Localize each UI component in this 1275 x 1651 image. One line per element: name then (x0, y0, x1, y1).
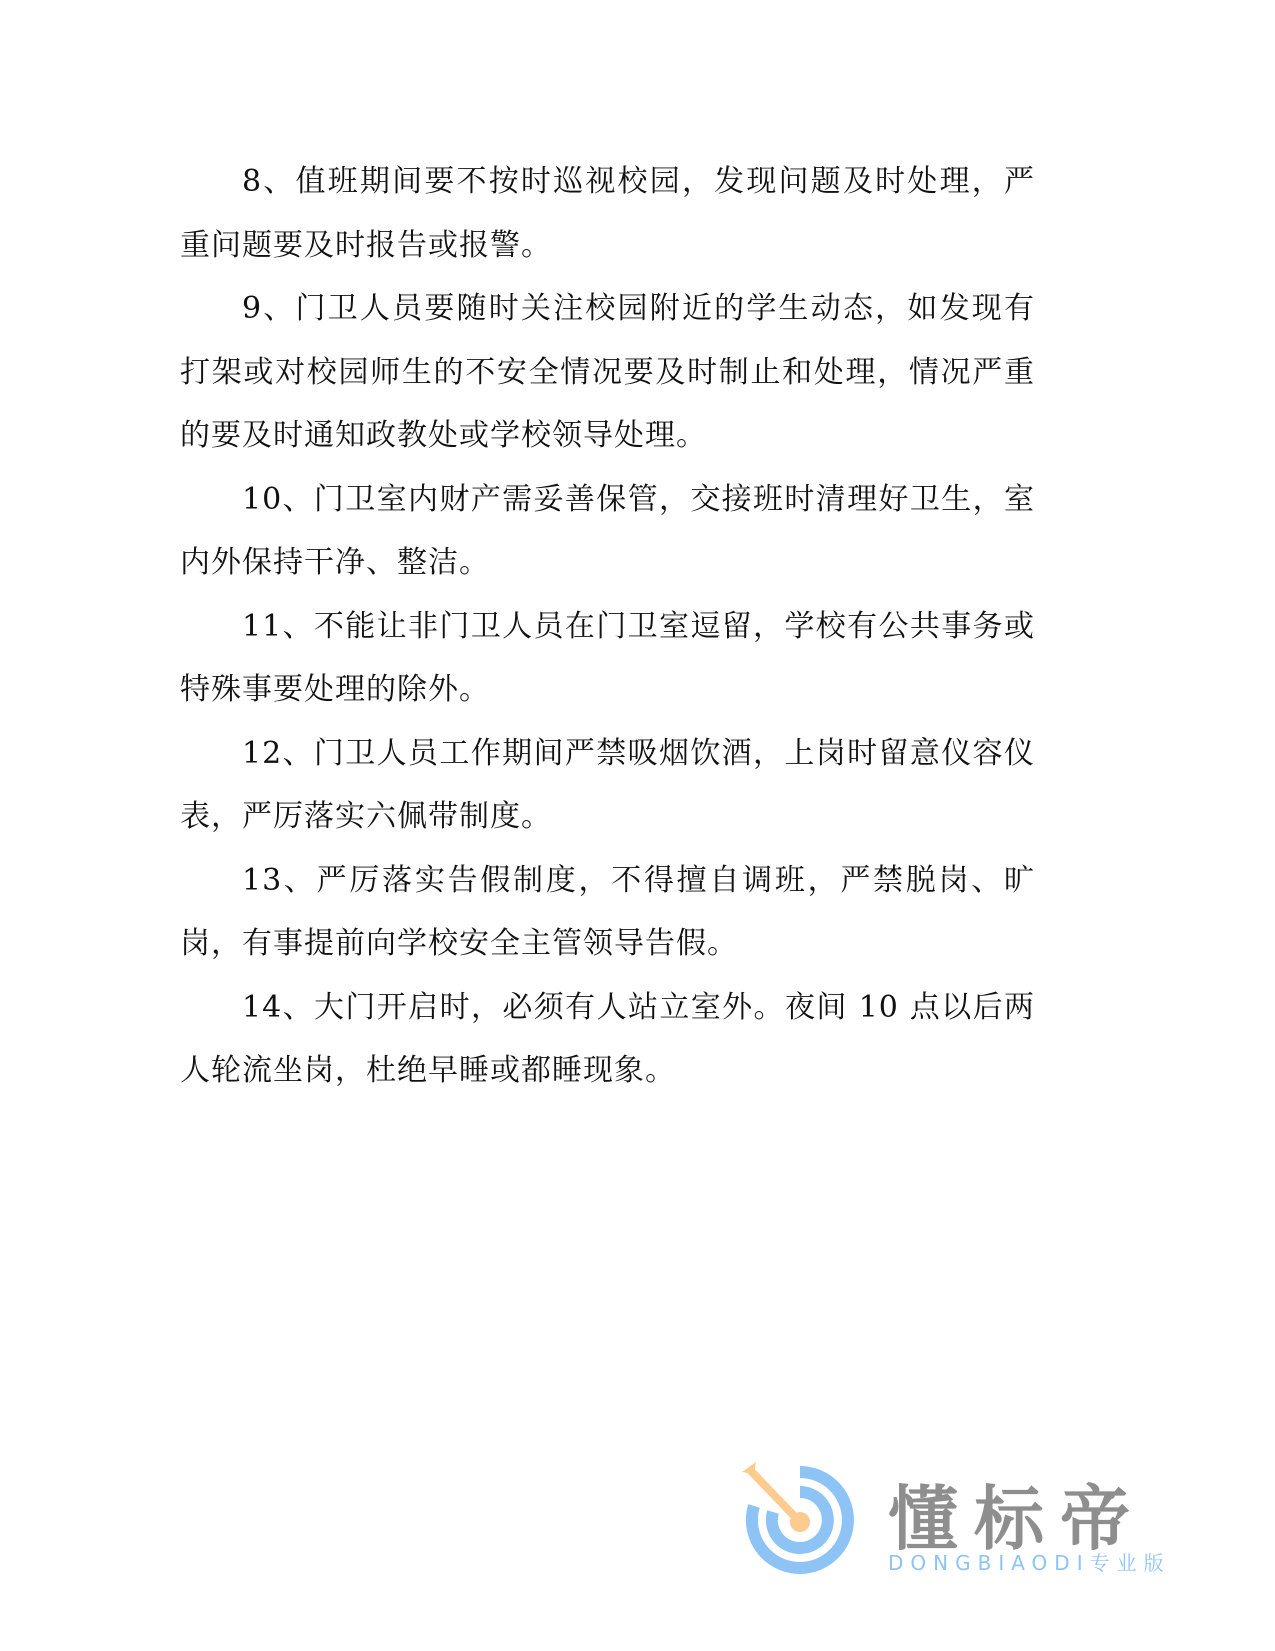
paragraph-item-11: 11、不能让非门卫人员在门卫室逗留，学校有公共事务或特殊事要处理的除外。 (180, 595, 1035, 722)
paragraph-item-13: 13、严厉落实告假制度，不得擅自调班，严禁脱岗、旷岗，有事提前向学校安全主管领导… (180, 849, 1035, 976)
paragraph-item-14: 14、大门开启时，必须有人站立室外。夜间 10 点以后两人轮流坐岗，杜绝早睡或都… (180, 976, 1035, 1103)
paragraph-item-10: 10、门卫室内财产需妥善保管，交接班时清理好卫生，室内外保持干净、整洁。 (180, 468, 1035, 595)
watermark-logo: 懂标帝 DONGBIAODI专业版 (740, 1455, 1200, 1651)
paragraph-item-8: 8、值班期间要不按时巡视校园，发现问题及时处理，严重问题要及时报告或报警。 (180, 150, 1035, 277)
paragraph-item-12: 12、门卫人员工作期间严禁吸烟饮酒，上岗时留意仪容仪表，严厉落实六佩带制度。 (180, 722, 1035, 849)
target-arrow-icon (740, 1460, 860, 1580)
paragraph-item-9: 9、门卫人员要随时关注校园附近的学生动态，如发现有打架或对校园师生的不安全情况要… (180, 277, 1035, 468)
brand-subtitle: DONGBIAODI专业版 (888, 1547, 1171, 1576)
document-page: 8、值班期间要不按时巡视校园，发现问题及时处理，严重问题要及时报告或报警。 9、… (180, 150, 1035, 1103)
